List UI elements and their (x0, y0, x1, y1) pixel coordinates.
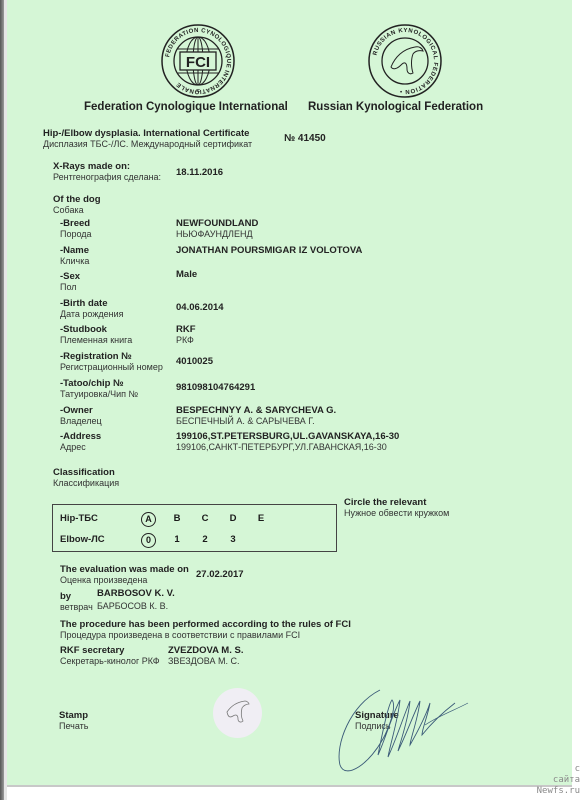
field-label-ru: Адрес (60, 442, 86, 453)
elbow-grade-1: 1 (170, 533, 184, 547)
classification-box: Hip-ТБС Elbow-ЛС ABCDE 0123 (52, 504, 337, 552)
field-label-en: -Breed (60, 218, 90, 229)
svg-text:FCI: FCI (186, 54, 210, 71)
circle-note-ru: Нужное обвести кружком (344, 508, 449, 519)
xrays-label-en: X-Rays made on: (53, 161, 130, 172)
hip-grade-B: B (170, 512, 184, 526)
hip-grade-D: D (226, 512, 240, 526)
field-value-ru: БЕСПЕЧНЫЙ А. & САРЫЧЕВА Г. (176, 416, 315, 427)
procedure-text-en: The procedure has been performed accordi… (60, 619, 351, 630)
field-value-ru: 199106,САНКТ-ПЕТЕРБУРГ,УЛ.ГАВАНСКАЯ,16-3… (176, 442, 387, 453)
hip-label: Hip-ТБС (60, 513, 98, 524)
field-label-ru: Порода (60, 229, 92, 240)
vet-name: BARBOSOV K. V. (97, 588, 175, 599)
elbow-label: Elbow-ЛС (60, 534, 105, 545)
field-value: NEWFOUNDLAND (176, 218, 258, 229)
dog-section-ru: Собака (53, 205, 84, 216)
field-value: 04.06.2014 (176, 302, 224, 313)
certificate-title-en: Hip-/Elbow dysplasia. International Cert… (43, 128, 249, 139)
org-name-fci: Federation Cynologique International (84, 101, 288, 113)
field-label-ru: Татуировка/Чип № (60, 389, 138, 400)
certificate-title-ru: Дисплазия ТБС-/ЛС. Международный сертифи… (43, 139, 252, 150)
field-label-en: -Birth date (60, 298, 108, 309)
certificate-number: № 41450 (284, 133, 326, 144)
elbow-grade-2: 2 (198, 533, 212, 547)
org-name-rkf: Russian Kynological Federation (308, 101, 483, 113)
field-label-en: -Tatoo/chip № (60, 378, 124, 389)
field-value: Male (176, 269, 197, 280)
dog-head-icon (213, 688, 262, 738)
field-value: BESPECHNYY A. & SARYCHEVA G. (176, 405, 336, 416)
field-label-ru: Владелец (60, 416, 102, 427)
vet-label-ru: ветврач (60, 602, 93, 613)
dog-section-en: Of the dog (53, 194, 101, 205)
evaluation-label-ru: Оценка произведена (60, 575, 147, 586)
field-value-ru: НЬЮФАУНДЛЕНД (176, 229, 253, 240)
secretary-name-ru: ЗВЕЗДОВА М. С. (168, 656, 239, 667)
secretary-label-en: RKF secretary (60, 645, 124, 656)
stamp-label-ru: Печать (59, 721, 88, 732)
watermark-line-2: сайта (537, 775, 580, 786)
svg-text:=: = (196, 88, 200, 95)
field-value: RKF (176, 324, 196, 335)
watermark-line-3: Newfs.ru (537, 786, 580, 797)
field-label-en: -Sex (60, 271, 80, 282)
watermark-line-1: с (537, 764, 580, 775)
fci-logo-icon: FCI FEDERATION CYNOLOGIQUE INTERNATIONAL… (160, 23, 236, 99)
field-label-en: -Studbook (60, 324, 107, 335)
vet-label-en: by (60, 591, 71, 602)
xrays-label-ru: Рентгенография сделана: (53, 172, 161, 183)
signature-scribble-icon (330, 685, 470, 780)
stamp-seal (213, 688, 262, 738)
field-label-ru: Регистрационный номер (60, 362, 163, 373)
hip-grade-E: E (254, 512, 268, 526)
stamp-label-en: Stamp (59, 710, 88, 721)
circle-note-en: Circle the relevant (344, 497, 426, 508)
field-label-en: -Name (60, 245, 89, 256)
evaluation-date: 27.02.2017 (196, 569, 244, 580)
field-label-en: -Address (60, 431, 101, 442)
field-value: 4010025 (176, 356, 213, 367)
elbow-grade-3: 3 (226, 533, 240, 547)
secretary-name: ZVEZDOVA M. S. (168, 645, 243, 656)
page-shadow (7, 785, 572, 787)
vet-name-ru: БАРБОСОВ К. В. (97, 601, 168, 612)
field-label-en: -Registration № (60, 351, 132, 362)
field-label-ru: Кличка (60, 256, 89, 267)
field-label-ru: Пол (60, 282, 77, 293)
field-label-ru: Племенная книга (60, 335, 132, 346)
classification-label-en: Classification (53, 467, 115, 478)
xrays-date: 18.11.2016 (176, 167, 223, 178)
rkf-logo-icon: RUSSIAN KYNOLOGICAL FEDERATION • (367, 23, 443, 99)
hip-grade-A: A (141, 512, 156, 527)
evaluation-label-en: The evaluation was made on (60, 564, 189, 575)
procedure-text-ru: Процедура произведена в соответствии с п… (60, 630, 300, 641)
field-value: JONATHAN POURSMIGAR IZ VOLOTOVA (176, 245, 362, 256)
classification-label-ru: Классификация (53, 478, 119, 489)
elbow-grade-0: 0 (141, 533, 156, 548)
field-label-en: -Owner (60, 405, 93, 416)
watermark: с сайта Newfs.ru (537, 764, 580, 797)
field-value: 981098104764291 (176, 382, 255, 393)
field-value-ru: РКФ (176, 335, 194, 346)
secretary-label-ru: Секретарь-кинолог РКФ (60, 656, 160, 667)
field-label-ru: Дата рождения (60, 309, 124, 320)
field-value: 199106,ST.PETERSBURG,UL.GAVANSKAYA,16-30 (176, 431, 399, 442)
hip-grade-C: C (198, 512, 212, 526)
